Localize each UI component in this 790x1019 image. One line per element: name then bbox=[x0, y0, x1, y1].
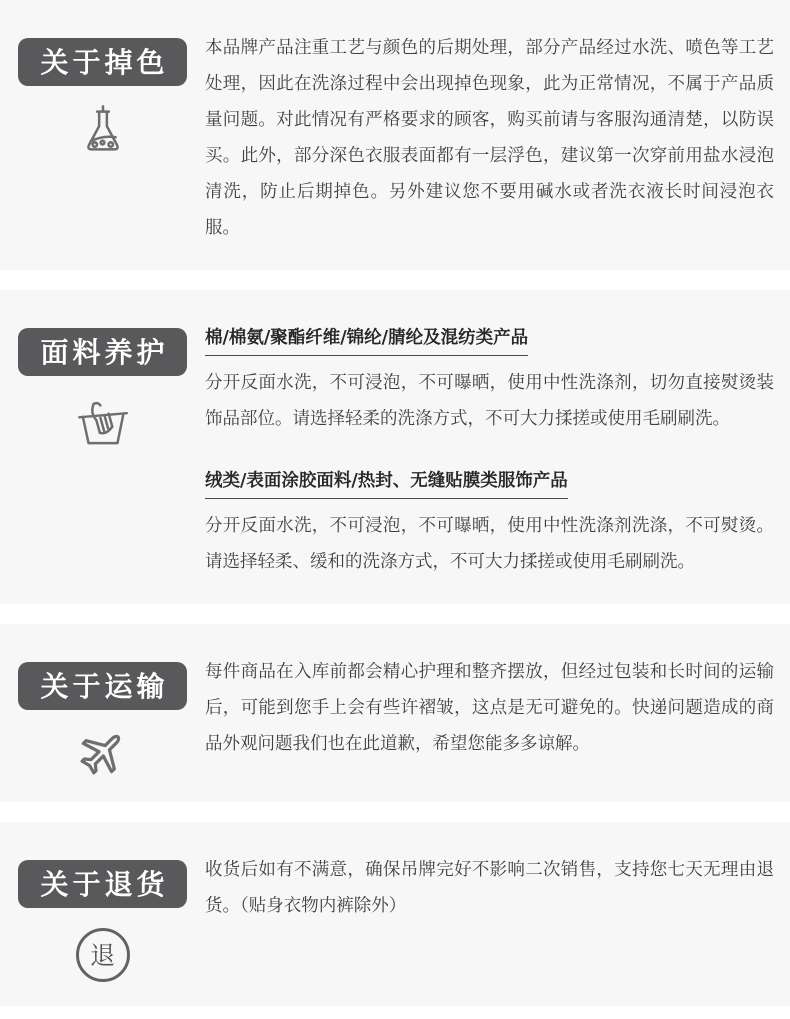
hand-wash-icon bbox=[72, 392, 134, 454]
returns-paragraph: 收货后如有不满意，确保吊牌完好不影响二次销售，支持您七天无理由退货。（贴身衣物内… bbox=[205, 852, 774, 924]
section-title-badge: 关于运输 bbox=[18, 662, 186, 710]
section-fading: 关于掉色 本品牌产品注重工艺与颜色的后期处理，部分产品经过水洗、喷色等工艺处理，… bbox=[0, 0, 790, 270]
section-returns-content: 收货后如有不满意，确保吊牌完好不影响二次销售，支持您七天无理由退货。（贴身衣物内… bbox=[205, 852, 776, 924]
section-shipping-left: 关于运输 bbox=[0, 654, 205, 778]
product-notice-page: 关于掉色 本品牌产品注重工艺与颜色的后期处理，部分产品经过水洗、喷色等工艺处理，… bbox=[0, 0, 790, 1019]
fading-paragraph: 本品牌产品注重工艺与颜色的后期处理，部分产品经过水洗、喷色等工艺处理，因此在洗涤… bbox=[205, 30, 774, 246]
care-body-velvet: 分开反面水洗，不可浸泡，不可曝晒，使用中性洗涤剂洗涤，不可熨烫。请选择轻柔、缓和… bbox=[205, 508, 774, 580]
airplane-icon bbox=[77, 726, 129, 778]
section-shipping-content: 每件商品在入库前都会精心护理和整齐摆放，但经过包装和长时间的运输后，可能到您手上… bbox=[205, 654, 776, 762]
section-fading-content: 本品牌产品注重工艺与颜色的后期处理，部分产品经过水洗、喷色等工艺处理，因此在洗涤… bbox=[205, 30, 776, 246]
care-block-velvet: 绒类/表面涂胶面料/热封、无缝贴膜类服饰产品 分开反面水洗，不可浸泡，不可曝晒，… bbox=[205, 463, 774, 580]
section-title-badge: 关于退货 bbox=[18, 860, 186, 908]
section-shipping: 关于运输 每件商品在入库前都会精心护理和整齐摆放，但经过包装和长时间的运输后，可… bbox=[0, 624, 790, 802]
section-title-badge: 面料养护 bbox=[18, 328, 186, 376]
care-block-cotton: 棉/棉氨/聚酯纤维/锦纶/腈纶及混纺类产品 分开反面水洗，不可浸泡，不可曝晒，使… bbox=[205, 320, 774, 437]
flask-icon bbox=[74, 102, 132, 160]
return-icon: 退 bbox=[76, 928, 130, 982]
section-title-badge: 关于掉色 bbox=[18, 38, 186, 86]
shipping-paragraph: 每件商品在入库前都会精心护理和整齐摆放，但经过包装和长时间的运输后，可能到您手上… bbox=[205, 654, 774, 762]
section-fabric-care-content: 棉/棉氨/聚酯纤维/锦纶/腈纶及混纺类产品 分开反面水洗，不可浸泡，不可曝晒，使… bbox=[205, 320, 776, 580]
care-heading-velvet: 绒类/表面涂胶面料/热封、无缝贴膜类服饰产品 bbox=[205, 469, 568, 499]
section-fabric-care-left: 面料养护 bbox=[0, 320, 205, 454]
section-returns: 关于退货 退 收货后如有不满意，确保吊牌完好不影响二次销售，支持您七天无理由退货… bbox=[0, 822, 790, 1006]
section-fading-left: 关于掉色 bbox=[0, 30, 205, 160]
care-heading-cotton: 棉/棉氨/聚酯纤维/锦纶/腈纶及混纺类产品 bbox=[205, 326, 528, 356]
section-returns-left: 关于退货 退 bbox=[0, 852, 205, 982]
care-body-cotton: 分开反面水洗，不可浸泡，不可曝晒，使用中性洗涤剂，切勿直接熨烫装饰品部位。请选择… bbox=[205, 365, 774, 437]
return-icon-char: 退 bbox=[90, 943, 115, 968]
section-fabric-care: 面料养护 棉/棉氨/聚酯纤维/锦纶/腈纶及混纺类产品 分开反面水洗，不可 bbox=[0, 290, 790, 604]
